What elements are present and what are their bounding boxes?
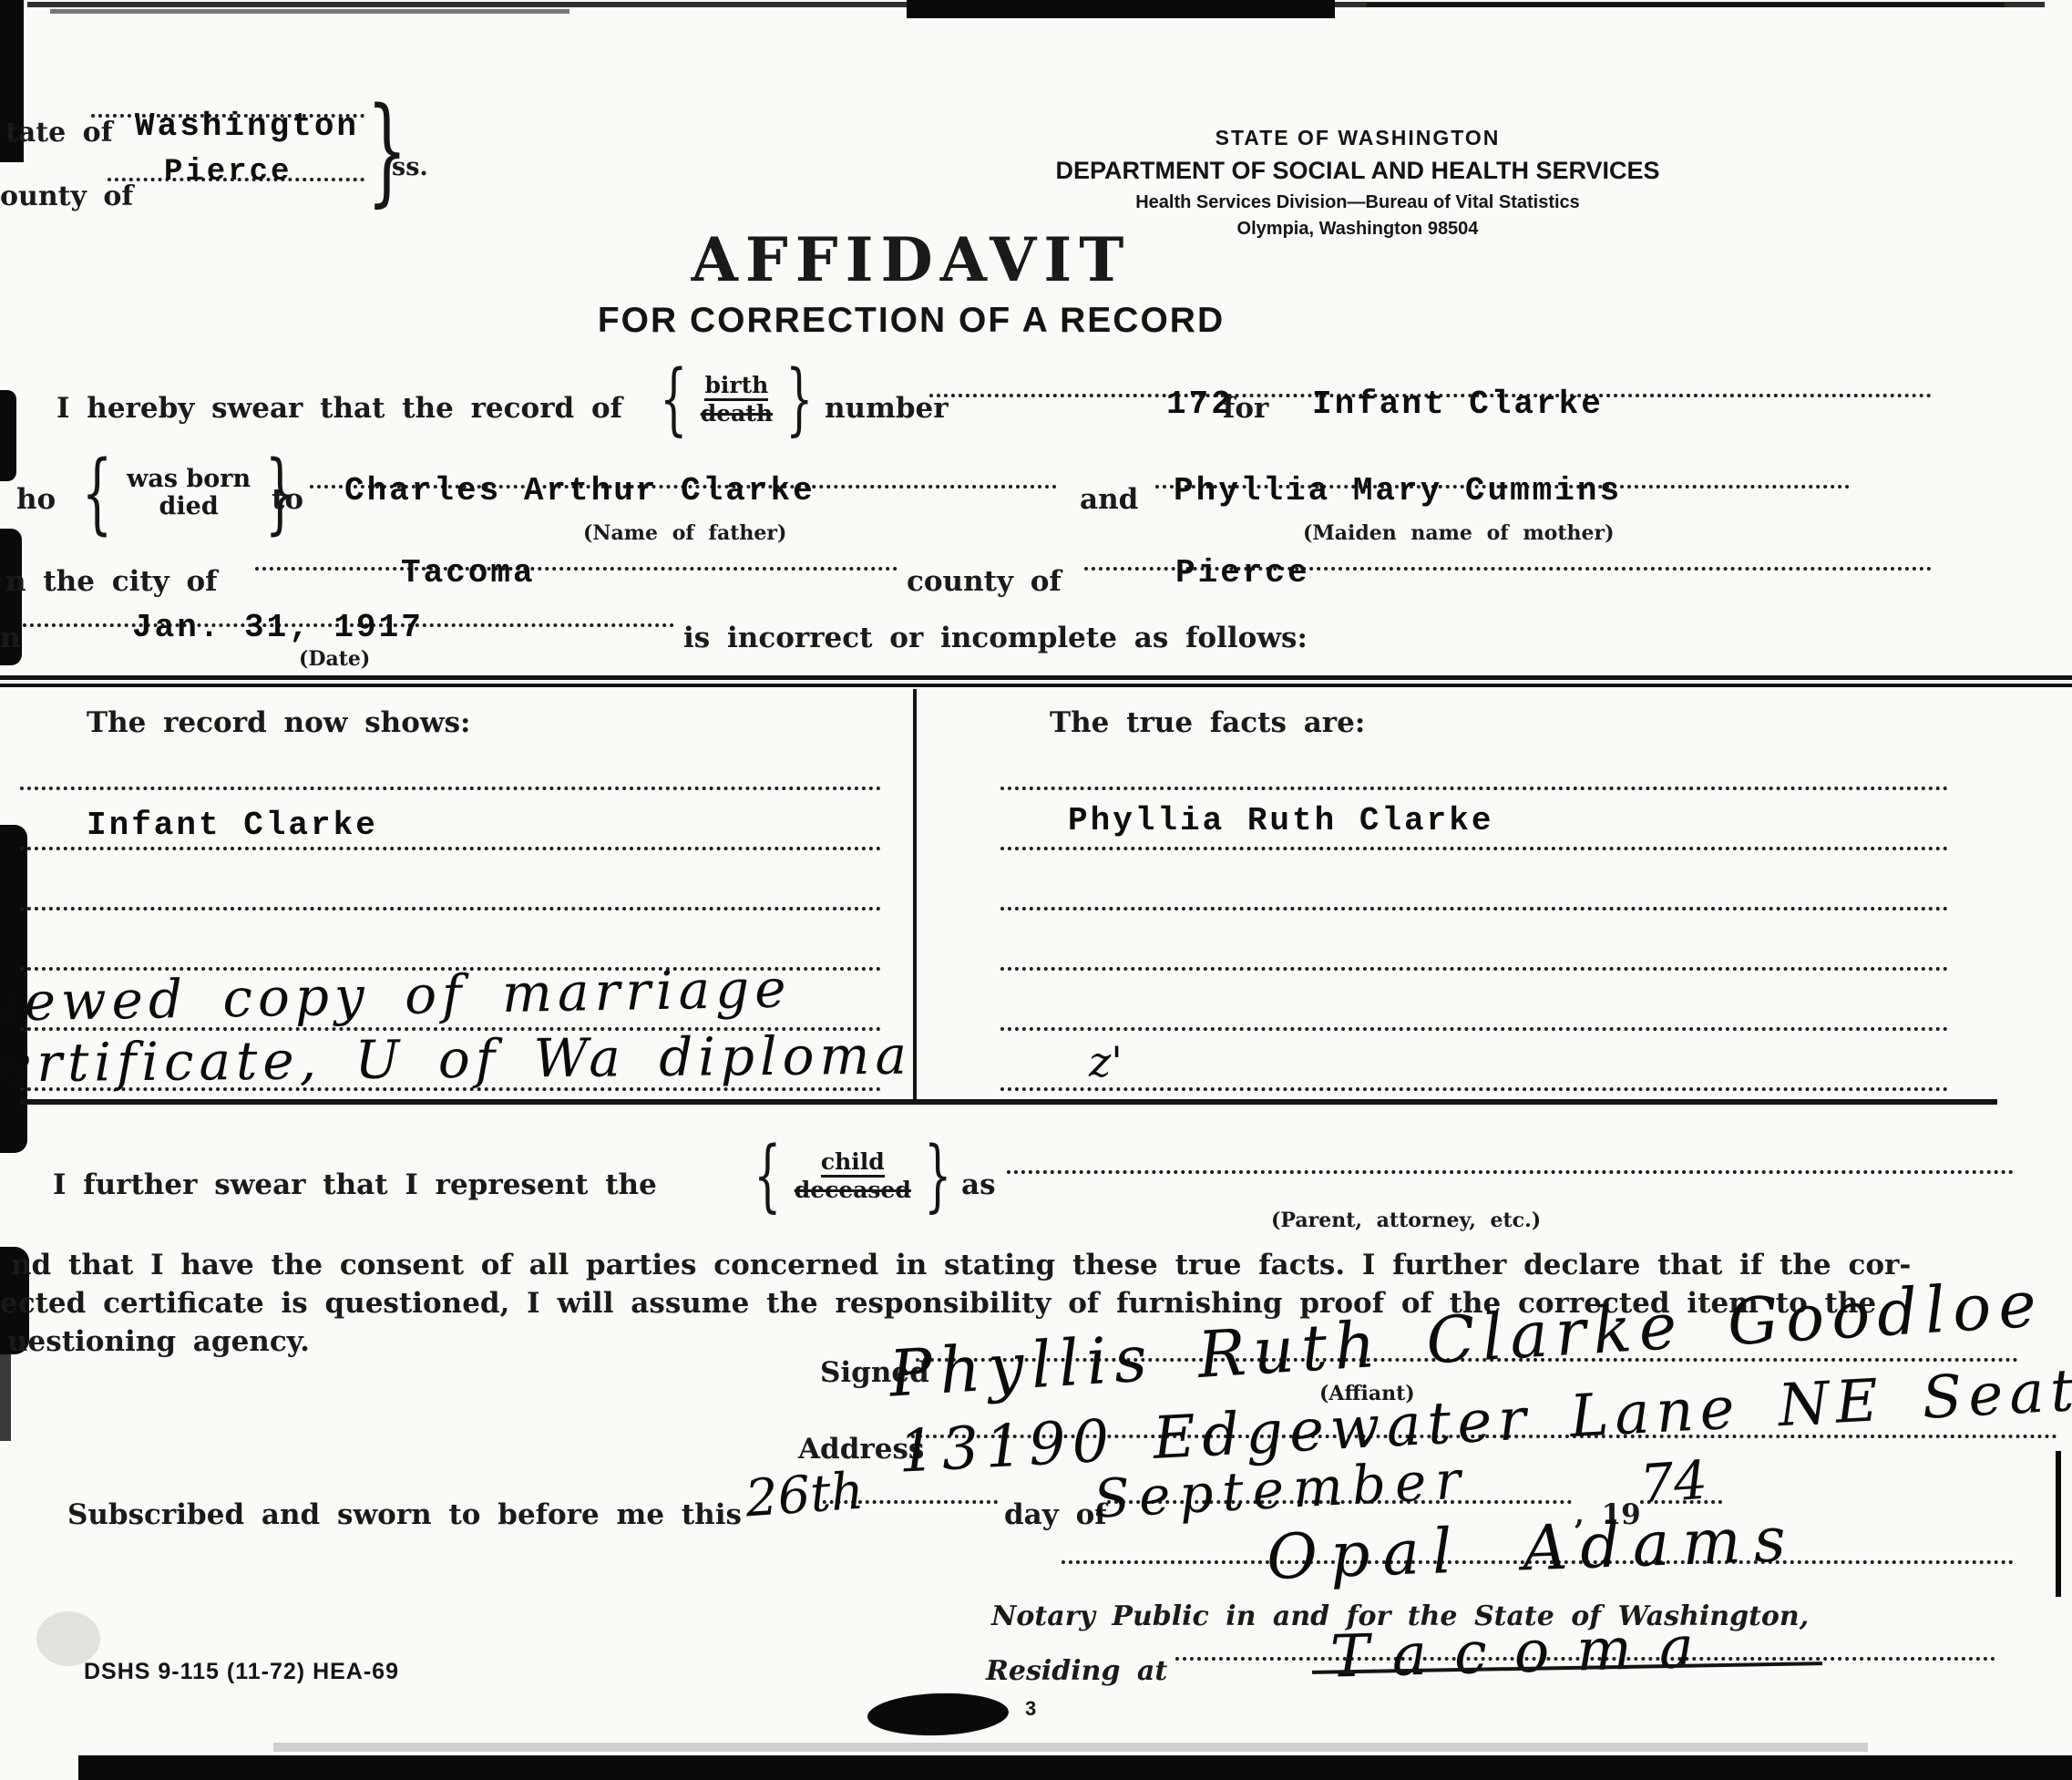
child-deceased-brace-group: { child deceased } xyxy=(743,1141,963,1211)
year-handwritten-value: 74 xyxy=(1638,1449,1709,1516)
child-option: child xyxy=(821,1149,885,1178)
venue-state-value: Washington xyxy=(135,108,359,145)
to-label: to xyxy=(272,483,303,516)
venue-county-label: ounty of xyxy=(0,180,133,212)
birth-option: birth xyxy=(704,373,768,401)
agency-line-3: Health Services Division—Bureau of Vital… xyxy=(1039,192,1677,213)
city-value: Tacoma xyxy=(401,554,536,592)
agency-line-1: STATE OF WASHINGTON xyxy=(1039,126,1677,150)
represent-lead-text: I further swear that I represent the xyxy=(53,1168,657,1201)
open-brace: { xyxy=(754,1141,781,1211)
city-dotted-line xyxy=(255,567,898,571)
column-divider xyxy=(913,689,917,1101)
scan-artifact-left-edge-6 xyxy=(0,1354,11,1441)
mother-name-value: Phyllia Mary Cummins xyxy=(1174,472,1622,509)
residing-at-label: Residing at xyxy=(986,1655,1167,1687)
died-option: died xyxy=(159,493,219,520)
right-col-line-1 xyxy=(1000,787,1948,790)
date-caption: (Date) xyxy=(299,647,370,671)
right-col-line-6 xyxy=(1000,1087,1948,1091)
affiant-caption: (Affiant) xyxy=(1319,1382,1415,1405)
father-name-value: Charles Arthur Clarke xyxy=(344,472,815,509)
county-value: Pierce xyxy=(1175,554,1310,592)
consent-paragraph-line-3: uestioning agency. xyxy=(7,1325,310,1358)
date-value: Jan. 31, 1917 xyxy=(132,609,424,646)
scan-artifact-smudge xyxy=(36,1611,100,1666)
close-brace: } xyxy=(785,365,813,435)
scan-artifact-left-edge-2 xyxy=(0,390,16,481)
venue-ss-label: ss. xyxy=(392,153,428,181)
residing-handwritten-value: Tacoma xyxy=(1329,1613,1722,1691)
section-rule-bottom xyxy=(20,1099,1997,1105)
county-of-label: county of xyxy=(907,565,1062,598)
for-label: for xyxy=(1223,392,1268,425)
and-label: and xyxy=(1080,483,1138,516)
mother-caption: (Maiden name of mother) xyxy=(1303,521,1615,545)
right-col-line-5 xyxy=(1000,1027,1948,1031)
record-shows-value: Infant Clarke xyxy=(87,807,378,844)
handwritten-note-mark: z' xyxy=(1089,1037,1123,1086)
scan-artifact-right-edge-line xyxy=(2056,1451,2061,1597)
city-label: n the city of xyxy=(5,565,218,598)
left-column-header: The record now shows: xyxy=(87,706,470,739)
left-col-line-3 xyxy=(20,907,881,911)
scan-artifact-bottom-bar xyxy=(78,1755,2072,1780)
father-caption: (Name of father) xyxy=(583,521,786,545)
section-double-rule-top-2 xyxy=(0,684,2072,687)
intro-lead-text: I hereby swear that the record of xyxy=(56,392,622,425)
was-born-option: was born xyxy=(127,466,251,493)
document-title: AFFIDAVIT xyxy=(528,224,1294,295)
form-number-text: DSHS 9-115 (11-72) HEA-69 xyxy=(84,1659,399,1685)
who-label: ho xyxy=(16,483,56,516)
consent-paragraph-line-1: nd that I have the consent of all partie… xyxy=(11,1249,1911,1281)
on-label: n xyxy=(0,622,21,654)
represent-dotted-line xyxy=(1007,1170,2014,1174)
represent-caption: (Parent, attorney, etc.) xyxy=(1271,1209,1541,1232)
right-col-line-4 xyxy=(1000,967,1948,971)
ink-blob xyxy=(867,1691,1010,1737)
as-label: as xyxy=(961,1168,996,1201)
handwritten-note-line-2: ertificate, U of Wa diploma xyxy=(0,1024,912,1095)
notary-signature: Opal Adams xyxy=(1266,1504,1800,1594)
page-mark: 3 xyxy=(1025,1697,1036,1721)
right-column-header: The true facts are: xyxy=(1050,706,1365,739)
agency-header: STATE OF WASHINGTON DEPARTMENT OF SOCIAL… xyxy=(1039,126,1677,240)
agency-line-2: DEPARTMENT OF SOCIAL AND HEALTH SERVICES xyxy=(1039,157,1677,185)
scan-artifact-top-left-bar xyxy=(50,9,569,14)
document-subtitle: FOR CORRECTION OF A RECORD xyxy=(528,301,1294,341)
incorrect-text: is incorrect or incomplete as follows: xyxy=(683,622,1308,654)
scan-artifact-bottom-noise xyxy=(273,1743,1868,1752)
death-option-struck: death xyxy=(701,401,773,427)
deceased-option-struck: deceased xyxy=(795,1178,911,1203)
section-double-rule-top-1 xyxy=(0,675,2072,680)
right-col-line-2 xyxy=(1000,847,1948,850)
venue-state-label: tate of xyxy=(5,117,113,149)
scan-artifact-top-right-bar xyxy=(1367,3,2005,7)
venue-brace: } xyxy=(366,98,407,203)
day-handwritten-value: 26th xyxy=(744,1462,866,1529)
left-col-line-2 xyxy=(20,847,881,850)
day-of-label: day of xyxy=(1004,1498,1107,1531)
right-col-line-3 xyxy=(1000,907,1948,911)
handwritten-note-line-1: iewed copy of marriage xyxy=(1,957,792,1033)
subscribed-lead-text: Subscribed and sworn to before me this xyxy=(67,1498,742,1531)
open-brace: { xyxy=(82,454,113,532)
scanned-affidavit-page: tate of Washington ounty of Pierce } ss.… xyxy=(0,0,2072,1780)
close-brace: } xyxy=(924,1141,951,1211)
left-col-line-1 xyxy=(20,787,881,790)
birth-death-brace-group: { birth death } xyxy=(649,365,825,435)
record-name-value: Infant Clarke xyxy=(1312,386,1604,423)
open-brace: { xyxy=(660,365,687,435)
scan-artifact-top-thick-bar xyxy=(907,0,1335,18)
true-facts-value: Phyllia Ruth Clarke xyxy=(1068,802,1493,839)
document-title-block: AFFIDAVIT FOR CORRECTION OF A RECORD xyxy=(528,224,1294,341)
venue-county-value: Pierce xyxy=(164,155,292,190)
